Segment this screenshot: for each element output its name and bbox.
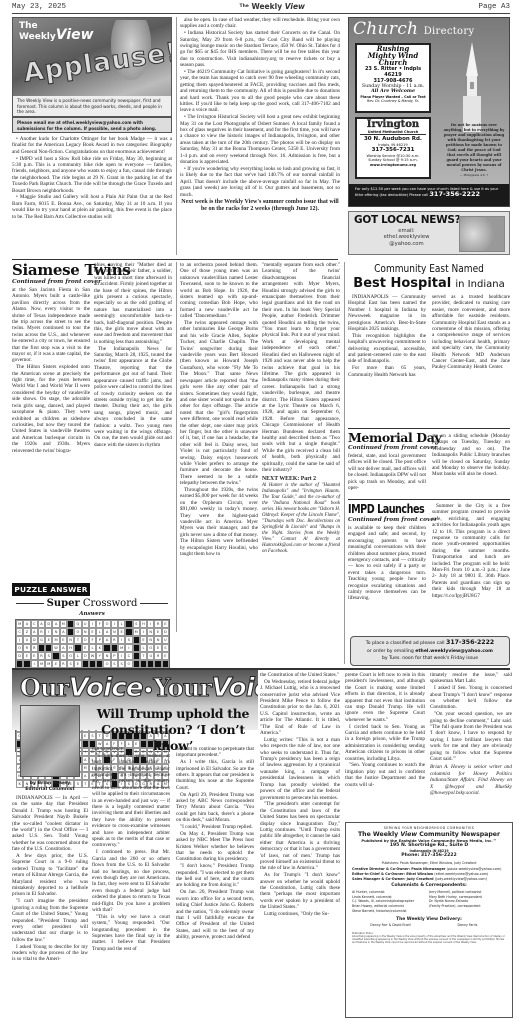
crossword-cell: M — [82, 764, 89, 772]
crossword-black-cell — [67, 620, 74, 628]
crossword-black-cell — [111, 644, 118, 652]
crossword-black-cell — [82, 660, 89, 668]
crossword-cell: K — [96, 644, 103, 652]
crossword-cell: I — [125, 644, 132, 652]
crossword-cell: H — [67, 644, 74, 652]
community-east-col-2: served as a trusted healthcare provider,… — [432, 294, 510, 371]
answers-label: Answers — [12, 611, 172, 617]
crossword-cell: E — [74, 660, 81, 668]
crossword-black-cell — [133, 652, 140, 660]
crossword-cell: F — [96, 620, 103, 628]
crossword-cell: Y — [96, 652, 103, 660]
our-voice-col-6: timately resolve the issue," said spokes… — [430, 672, 512, 797]
crossword-cell: R — [111, 636, 118, 644]
crossword-cell: G — [38, 636, 45, 644]
crossword-cell: S — [60, 652, 67, 660]
crossword-cell: Z — [23, 628, 30, 636]
church-directory-title: Church Directory — [353, 20, 474, 41]
next-week-label: NEXT WEEK: Part 2 — [262, 475, 340, 483]
crossword-cell: W — [52, 644, 59, 652]
applause-item: • Indiana Historical Society has started… — [180, 30, 340, 68]
applause-email-note: Please email me at ethel.weeklyview@yaho… — [12, 117, 172, 133]
rushing-mighty-wind-listing: Rushing Mighty Wind Church 23 S. Ritter … — [355, 43, 431, 113]
memorial-day-headline: Memorial Day — [348, 431, 441, 444]
crossword-black-cell — [74, 644, 81, 652]
church-listing-offer: For only $12.50 per week you can have yo… — [349, 184, 509, 206]
crossword-cell: P — [96, 636, 103, 644]
community-east-headline-2: Best Hospital in Indiana — [348, 276, 510, 292]
crossword-cell: S — [162, 644, 169, 652]
crossword-cell: M — [133, 628, 140, 636]
crossword-cell: D — [31, 636, 38, 644]
column-divider — [176, 17, 177, 255]
crossword-cell: U — [147, 652, 154, 660]
applause-caption: The Weekly View is a positive-news commu… — [13, 96, 171, 116]
section-rule — [348, 428, 510, 429]
crossword-cell: E — [154, 644, 161, 652]
church-directory-ad: Church Directory Rushing Mighty Wind Chu… — [348, 17, 510, 207]
crossword-cell: I — [45, 628, 52, 636]
classified-email-link[interactable]: ethel.weeklyview@yahoo.com — [415, 649, 493, 654]
crossword-cell: E — [118, 628, 125, 636]
crossword-black-cell — [147, 660, 154, 668]
crossword-cell: Q — [74, 620, 81, 628]
our-voice-col-5: preme Court is left now to rein in this … — [345, 672, 425, 788]
crossword-cell: O — [74, 628, 81, 636]
columnist-portrait — [20, 705, 80, 777]
crossword-cell: A — [103, 636, 110, 644]
crossword-cell: A — [60, 628, 67, 636]
crossword-black-cell — [96, 660, 103, 668]
crossword-cell: S — [111, 660, 118, 668]
crossword-cell: N — [67, 636, 74, 644]
crossword-cell: R — [23, 644, 30, 652]
author-bio: Al Hunter is the author of "Haunted Indi… — [262, 483, 340, 555]
crossword-black-cell — [140, 660, 147, 668]
crossword-cell: E — [45, 636, 52, 644]
crossword-cell: N — [154, 636, 161, 644]
section-rule — [348, 499, 510, 500]
crossword-black-cell — [133, 644, 140, 652]
crossword-cell: E — [162, 620, 169, 628]
applause-column-1: • Another kudo for Charlotte Ottinger fo… — [12, 136, 172, 220]
crossword-cell: N — [147, 636, 154, 644]
crossword-cell: R — [31, 644, 38, 652]
crossword-cell: R — [60, 660, 67, 668]
crossword-cell: R — [154, 652, 161, 660]
applause-item: • The Irvington Historical Society will … — [180, 114, 340, 165]
got-local-news-ad: GOT LOCAL NEWS? email:ethel.weeklyview@y… — [348, 211, 510, 255]
crossword-cell: M — [118, 644, 125, 652]
crossword-cell: E — [162, 652, 169, 660]
crossword-cell: E — [89, 628, 96, 636]
staff-masthead-box: SERVING YOUR NEIGHBORHOOD COMMUNITIES Th… — [345, 822, 513, 1018]
crossword-cell: L — [89, 644, 96, 652]
crossword-black-cell — [23, 660, 30, 668]
our-voice-col-1: INDIANAPOLIS — In April — on the same da… — [12, 795, 88, 963]
crossword-cell: E — [154, 628, 161, 636]
issue-date: May 23, 2025 — [12, 4, 66, 10]
delivery-list: Danny Farr & David ElsellDanny Farris — [352, 923, 506, 928]
page-number: Page A3 — [478, 4, 510, 10]
weekly-view-logo: TheWeeklyView — [19, 22, 94, 42]
crossword-cell: A — [60, 644, 67, 652]
applause-item: • The 46219 Community Cat Initiative is … — [180, 69, 340, 114]
crossword-cell: D — [16, 652, 23, 660]
crossword-cell: O — [125, 660, 132, 668]
crossword-cell: E — [31, 652, 38, 660]
impd-col-2: Summer in the City is a free summer prog… — [432, 503, 510, 599]
crossword-cell: M — [16, 620, 23, 628]
crossword-cell: M — [60, 620, 67, 628]
crossword-cell: N — [111, 628, 118, 636]
puzzle-answer-tag: PUZZLE ANSWER — [12, 583, 90, 596]
siamese-col-2: phies, saying their "Mother died at thei… — [94, 262, 172, 449]
crossword-cell: L — [96, 628, 103, 636]
our-voice-col-4: the Constitution of the United States." … — [260, 672, 340, 918]
crossword-black-cell — [67, 628, 74, 636]
applause-item: also be open. In case of bad weather, th… — [180, 17, 340, 30]
crossword-cell: I — [140, 628, 147, 636]
crossword-black-cell — [125, 628, 132, 636]
steeple-icon — [457, 42, 487, 132]
super-crossword-title: Super Crossword — [12, 598, 172, 610]
impd-headline: IMPD Launches — [348, 503, 424, 516]
crossword-cell: J — [16, 636, 23, 644]
siamese-col-4: "mentally separate from each other." Lea… — [262, 262, 340, 555]
crossword-cell: P — [111, 652, 118, 660]
column-divider — [344, 262, 345, 664]
crossword-cell: R — [38, 652, 45, 660]
combo-issue-notice: Next week is the Weekly View's summer co… — [180, 199, 340, 214]
irvington-umc-listing: Irvington United Methodist Church 30 N. … — [355, 117, 431, 179]
crossword-cell: M — [38, 660, 45, 668]
crossword-cell: I — [89, 620, 96, 628]
crossword-cell: E — [23, 652, 30, 660]
crossword-black-cell — [89, 660, 96, 668]
siamese-col-3: to an orchestra posed behind them. One o… — [180, 262, 258, 558]
crossword-cell: I — [118, 652, 125, 660]
applause-item: • IMPD will host a Slow Roll bike ride o… — [12, 156, 172, 194]
crossword-black-cell — [133, 636, 140, 644]
crossword-cell: E — [60, 636, 67, 644]
crossword-cell: A — [103, 628, 110, 636]
crossword-black-cell — [16, 660, 23, 668]
applause-column-2: also be open. In case of bad weather, th… — [180, 17, 340, 214]
crossword-cell: O — [67, 652, 74, 660]
crossword-cell: R — [38, 628, 45, 636]
crossword-cell: C — [31, 620, 38, 628]
crossword-black-cell — [38, 644, 45, 652]
crossword-cell: O — [147, 644, 154, 652]
crossword-cell: N — [82, 628, 89, 636]
our-voice-col-2: can experience. "I think most of your re… — [92, 746, 170, 953]
crossword-black-cell — [154, 660, 161, 668]
crossword-cell: M — [52, 636, 59, 644]
crossword-cell: A — [52, 620, 59, 628]
crossword-cell: E — [140, 636, 147, 644]
community-east-headline-1: Community East Named — [363, 262, 496, 275]
paper-title: The Weekly View — [240, 4, 305, 10]
crossword-cell: H — [140, 620, 147, 628]
whispering-kids-photo — [459, 216, 505, 252]
applause-item: • Maggie Studio and Gallery will host a … — [12, 194, 172, 220]
crossword-cell: A — [31, 628, 38, 636]
crossword-cell: N — [52, 628, 59, 636]
crossword-cell: O — [103, 660, 110, 668]
crossword-black-cell — [45, 644, 52, 652]
crossword-cell: I — [31, 660, 38, 668]
crossword-cell: O — [103, 620, 110, 628]
applause-item: • If you're wondering why everything loo… — [180, 166, 340, 198]
crossword-cell: R — [154, 620, 161, 628]
columnists-list: Al Hunter, columnist Linda Kennett, colu… — [352, 890, 506, 914]
impd-kicker: Continued from front cover — [348, 517, 437, 524]
crossword-cell: L — [74, 652, 81, 660]
crossword-cell: F — [89, 636, 96, 644]
crossword-cell: D — [162, 628, 169, 636]
siamese-kicker: Continued from front cover — [12, 279, 101, 286]
crossword-cell: A — [82, 772, 89, 780]
crossword-cell: C — [16, 628, 23, 636]
crossword-cell: S — [118, 660, 125, 668]
column-divider — [176, 262, 177, 632]
crossword-cell: A — [38, 620, 45, 628]
crossword-cell: E — [52, 660, 59, 668]
impd-col-1: is available to keep their children enga… — [348, 525, 426, 602]
crossword-cell: I — [111, 620, 118, 628]
crossword-cell: O — [82, 636, 89, 644]
crossword-cell: U — [82, 620, 89, 628]
section-rule — [12, 259, 338, 260]
memorial-day-col-2: ate on a sliding schedule (Monday pickup… — [432, 433, 510, 478]
crossword-cell: E — [82, 644, 89, 652]
crossword-cell: M — [45, 660, 52, 668]
crossword-black-cell — [162, 660, 169, 668]
crossword-cell: O — [16, 644, 23, 652]
crossword-cell: T — [74, 636, 81, 644]
crossword-cell: I — [118, 636, 125, 644]
crossword-cell: L — [118, 620, 125, 628]
byline: by Brian HoweyEditorial Columnist — [12, 781, 88, 793]
crossword-cell: T — [140, 652, 147, 660]
crossword-cell: N — [103, 652, 110, 660]
page-header: May 23, 2025 The Weekly View Page A3 — [12, 2, 510, 14]
columnist-bio: Brian A. Howey is senior writer and colu… — [430, 764, 512, 796]
crossword-cell: A — [23, 620, 30, 628]
publication-policy: Advertising appearing in the Weekly View… — [352, 935, 506, 945]
crossword-cell: I — [147, 620, 154, 628]
crossword-black-cell — [133, 660, 140, 668]
siamese-col-1: at the San Jacinto Fiesta in San Antonio… — [12, 287, 90, 454]
crossword-cell: U — [162, 636, 169, 644]
crossword-cell: N — [147, 628, 154, 636]
crossword-cell: L — [140, 644, 147, 652]
crossword-cell: C — [125, 652, 132, 660]
crossword-black-cell — [125, 620, 132, 628]
classified-ad-box: To place a classified ad please call 317… — [350, 636, 510, 666]
crossword-cell: U — [23, 636, 30, 644]
scripture-verse: Do not be anxious over anything, but in … — [443, 123, 505, 178]
community-east-col-1: INDIANAPOLIS — Community Hospital East h… — [348, 294, 426, 378]
crossword-cell: W — [89, 652, 96, 660]
memorial-day-col-1: federal, state, and local government off… — [348, 453, 426, 492]
crossword-cell: S — [125, 636, 132, 644]
crossword-cell: D — [45, 620, 52, 628]
applause-item: • Another kudo for Charlotte Ottinger fo… — [12, 136, 172, 155]
crossword-black-cell — [52, 652, 59, 660]
crossword-black-cell — [103, 644, 110, 652]
crossword-cell: O — [82, 652, 89, 660]
crossword-cell: S — [45, 652, 52, 660]
crossword-cell: S — [67, 660, 74, 668]
crossword-cell: A — [82, 756, 89, 764]
crossword-cell: S — [133, 620, 140, 628]
our-voice-col-3: us want to continue to perpetuate that i… — [176, 746, 254, 941]
memorial-day-kicker: Continued from front cover — [348, 445, 437, 452]
applause-banner: TheWeeklyView Applause! The Weekly View … — [12, 17, 172, 117]
